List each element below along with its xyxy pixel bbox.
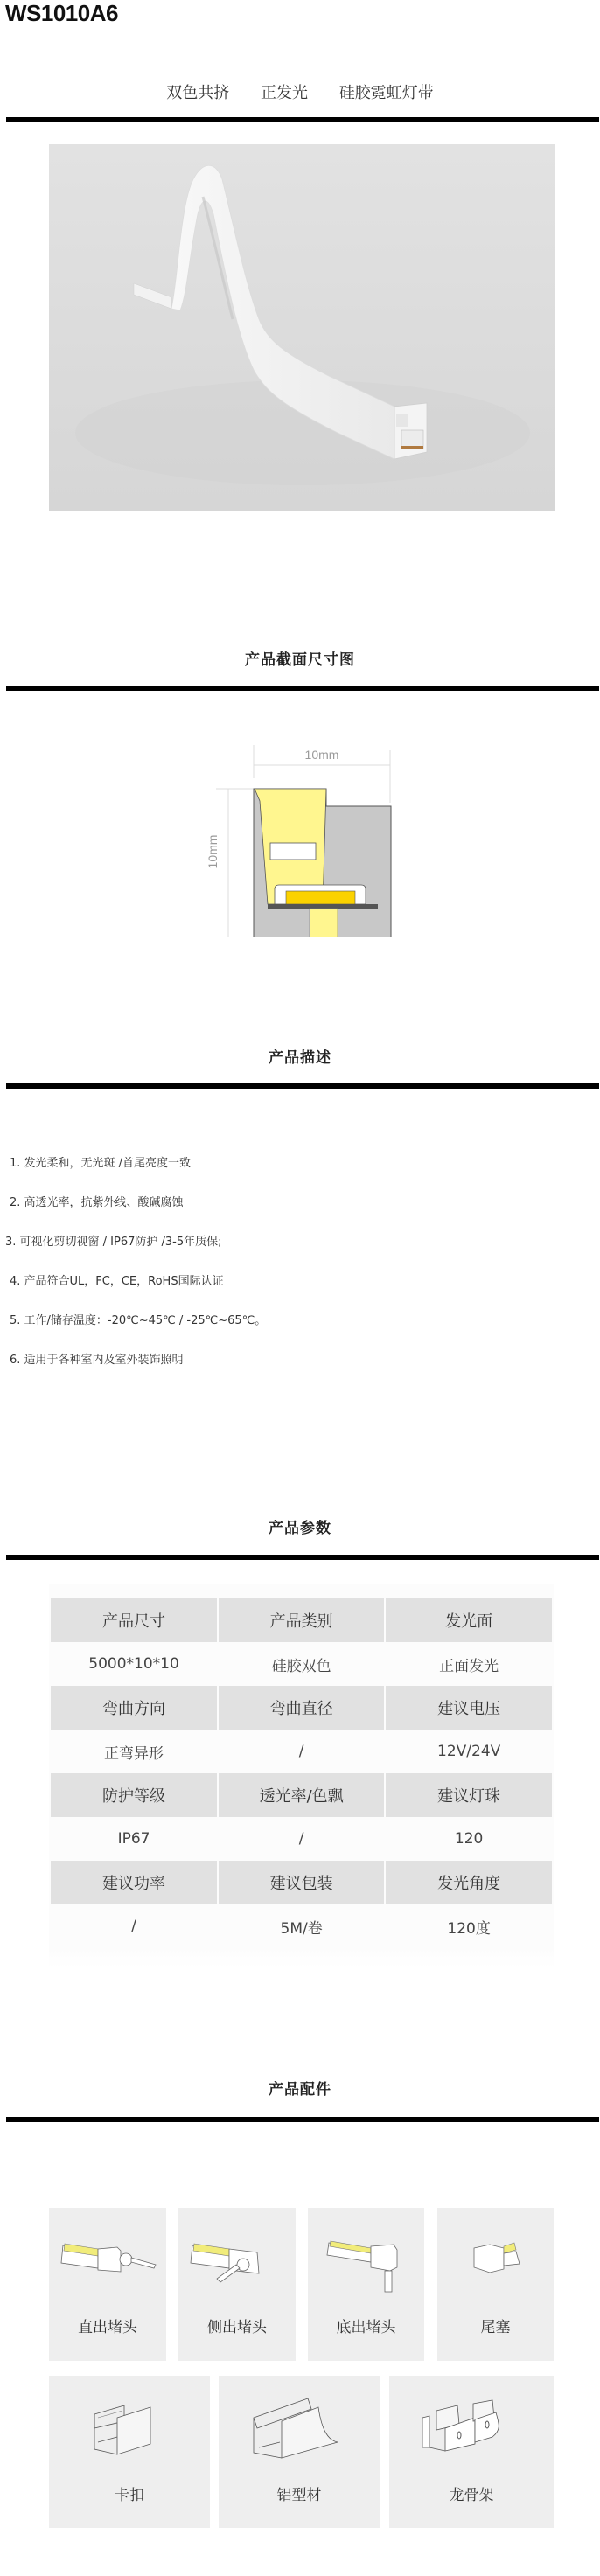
header-cell: 产品尺寸 (51, 1598, 217, 1642)
value-cell: 正弯异形 (51, 1730, 217, 1773)
section-title-accessories: 产品配件 (0, 2077, 600, 2099)
divider (6, 2117, 599, 2122)
accessory-label: 侧出堵头 (178, 2315, 296, 2336)
value-cell: 120度 (386, 1904, 552, 1948)
header-cell: 发光面 (386, 1598, 552, 1642)
section-title-description: 产品描述 (0, 1045, 600, 1067)
header-cell: 防护等级 (51, 1773, 217, 1817)
header-cell: 建议功率 (51, 1861, 217, 1904)
divider (6, 117, 599, 122)
accessory-tail-plug: 尾塞 (437, 2208, 554, 2361)
model-title: WS1010A6 (5, 0, 118, 27)
product-tagline: 双色共挤 正发光 硅胶霓虹灯带 (0, 80, 600, 103)
description-item: 6. 适用于各种室内及室外装饰照明 (10, 1350, 184, 1367)
description-item: 4. 产品符合UL，FC，CE，RoHS国际认证 (10, 1271, 224, 1288)
tag-front-emitting: 正发光 (261, 84, 308, 102)
value-cell: 正面发光 (386, 1642, 552, 1686)
section-title-dimension: 产品截面尺寸图 (0, 647, 600, 669)
table-value-row: 正弯异形 / 12V/24V (51, 1730, 552, 1773)
header-cell: 发光角度 (386, 1861, 552, 1904)
description-item: 1. 发光柔和，无光斑 /首尾亮度一致 (10, 1153, 191, 1170)
hero-product-image (49, 144, 555, 511)
value-cell: 12V/24V (386, 1730, 552, 1773)
table-header-row: 建议功率 建议包装 发光角度 (51, 1861, 552, 1904)
header-cell: 产品类别 (219, 1598, 384, 1642)
value-cell: 5000*10*10 (51, 1642, 217, 1686)
value-cell: IP67 (51, 1817, 217, 1861)
accessory-keel-bracket: 龙骨架 (389, 2376, 554, 2528)
side-end-cap-icon (185, 2238, 290, 2291)
width-dimension-label: 10mm (305, 748, 339, 762)
spec-table: 产品尺寸 产品类别 发光面 5000*10*10 硅胶双色 正面发光 弯曲方向 … (49, 1598, 554, 1948)
value-cell: / (219, 1817, 384, 1861)
table-header-row: 产品尺寸 产品类别 发光面 (51, 1598, 552, 1642)
accessory-label: 卡扣 (49, 2482, 210, 2504)
accessory-label: 直出堵头 (49, 2315, 166, 2336)
section-title-parameters: 产品参数 (0, 1515, 600, 1537)
table-value-row: / 5M/卷 120度 (51, 1904, 552, 1948)
header-cell: 透光率/色飘 (219, 1773, 384, 1817)
accessory-label: 尾塞 (437, 2315, 554, 2336)
header-cell: 弯曲方向 (51, 1686, 217, 1730)
keel-bracket-icon (421, 2398, 517, 2460)
mounting-clip-icon (91, 2402, 170, 2463)
value-cell: 硅胶双色 (219, 1642, 384, 1686)
table-value-row: 5000*10*10 硅胶双色 正面发光 (51, 1642, 552, 1686)
divider (6, 1083, 599, 1089)
accessory-mounting-clip: 卡扣 (49, 2376, 210, 2528)
value-cell: / (51, 1904, 217, 1948)
header-cell: 弯曲直径 (219, 1686, 384, 1730)
neon-strip-render-icon (49, 144, 555, 511)
description-item: 5. 工作/储存温度：-20℃~45℃ / -25℃~65℃。 (10, 1311, 266, 1327)
straight-end-cap-icon (56, 2238, 161, 2282)
table-header-row: 弯曲方向 弯曲直径 建议电压 (51, 1686, 552, 1730)
value-cell: 5M/卷 (219, 1904, 384, 1948)
aluminum-profile-icon (250, 2397, 346, 2467)
bottom-end-cap-icon (325, 2232, 413, 2294)
header-cell: 建议灯珠 (386, 1773, 552, 1817)
accessory-straight-end-cap: 直出堵头 (49, 2208, 166, 2361)
description-item: 3. 可视化剪切视窗 / IP67防护 /3-5年质保; (5, 1232, 222, 1249)
accessory-label: 铝型材 (219, 2482, 380, 2504)
table-value-row: IP67 / 120 (51, 1817, 552, 1861)
header-cell: 建议包装 (219, 1861, 384, 1904)
tag-silicone-neon: 硅胶霓虹灯带 (339, 84, 434, 102)
tail-plug-icon (472, 2241, 525, 2276)
accessory-label: 底出堵头 (308, 2315, 424, 2336)
accessory-bottom-end-cap: 底出堵头 (308, 2208, 424, 2361)
description-item: 2. 高透光率，抗紫外线、酸碱腐蚀 (10, 1193, 184, 1209)
accessory-side-end-cap: 侧出堵头 (178, 2208, 296, 2361)
table-header-row: 防护等级 透光率/色飘 建议灯珠 (51, 1773, 552, 1817)
accessory-aluminum-profile: 铝型材 (219, 2376, 380, 2528)
height-dimension-label: 10mm (206, 835, 220, 869)
value-cell: 120 (386, 1817, 552, 1861)
value-cell: / (219, 1730, 384, 1773)
divider (6, 1555, 599, 1560)
table-top-pad (49, 1584, 554, 1598)
header-cell: 建议电压 (386, 1686, 552, 1730)
tag-dual-color: 双色共挤 (166, 84, 229, 102)
table-bottom-pad (49, 1948, 554, 1967)
accessory-label: 龙骨架 (389, 2482, 554, 2504)
divider (6, 686, 599, 691)
cross-section-diagram: 10mm 10mm (201, 745, 402, 937)
